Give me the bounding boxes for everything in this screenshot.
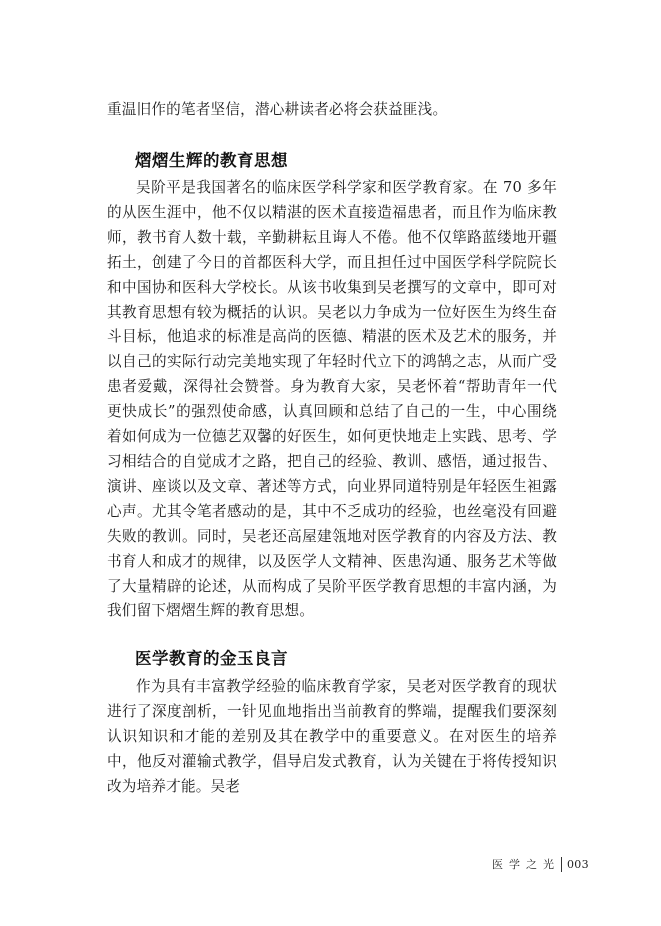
section-1-body: 吴阶平是我国著名的临床医学科学家和医学教育家。在 70 多年的从医生涯中，他不仅… [107,176,557,624]
section-2-body: 作为具有丰富教学经验的临床教育学家，吴老对医学教育的现状进行了深度剖析，一针见血… [107,675,557,800]
document-page: 重温旧作的笔者坚信，潜心耕读者必将会获益匪浅。 熠熠生辉的教育思想 吴阶平是我国… [0,0,661,926]
footer-divider [561,857,562,872]
section-heading-1: 熠熠生辉的教育思想 [135,147,288,171]
page-number: 003 [567,858,589,871]
section-heading-2: 医学教育的金玉良言 [135,645,288,669]
intro-tail-block: 重温旧作的笔者坚信，潜心耕读者必将会获益匪浅。 [107,98,557,123]
intro-tail-text: 重温旧作的笔者坚信，潜心耕读者必将会获益匪浅。 [107,98,557,123]
page-footer: 医学之光 003 [492,856,589,872]
running-title: 医学之光 [492,856,560,872]
section-2-paragraph: 作为具有丰富教学经验的临床教育学家，吴老对医学教育的现状进行了深度剖析，一针见血… [107,675,557,800]
section-1-paragraph: 吴阶平是我国著名的临床医学科学家和医学教育家。在 70 多年的从医生涯中，他不仅… [107,176,557,624]
